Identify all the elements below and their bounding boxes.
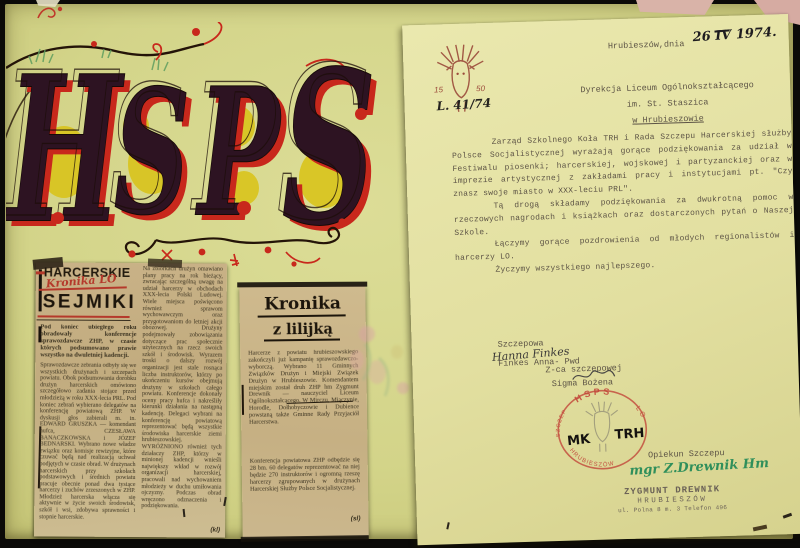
clipping-column-right: Na zbiórkach drużyn omawiano plany pracy… — [141, 266, 223, 525]
newspaper-clipping-sejmiki: HARCERSKIE Kronika LO SEJMIKI Pod koniec… — [34, 262, 227, 537]
rule — [37, 319, 131, 321]
svg-text:SZCZEP: SZCZEP — [555, 408, 569, 437]
clipping-credit: (kl) — [210, 527, 220, 534]
clipping-lead: Pod koniec ubiegłego roku obradowały kon… — [40, 324, 136, 359]
headline-underline — [264, 338, 340, 341]
red-doodle-icon — [34, 2, 68, 24]
stamp-marker-mk: MK — [567, 432, 592, 449]
clipping-credit: (sl) — [351, 515, 361, 522]
handwritten-date: 26 IV 1974. — [692, 25, 777, 45]
letter-s1-outline: S — [109, 48, 185, 248]
clipping-headline-line1: Kronika — [239, 293, 365, 315]
hsps-artwork: H S P S H S P S H S P S — [6, 22, 406, 284]
svg-text:HRUBIESZÓW: HRUBIESZÓW — [568, 446, 616, 469]
dark-edge — [237, 282, 367, 288]
stamp-marker-trh: TRH — [614, 426, 645, 443]
pen-mark — [242, 385, 244, 415]
caretaker-stamp: ZYGMUNT DREWNIK HRUBIESZÓW ul. Polna 8 m… — [587, 483, 758, 516]
ink-smudge — [783, 513, 792, 519]
stamp-text-left: SZCZEP — [555, 408, 569, 437]
headline-underline — [258, 314, 346, 317]
clipping-headline: SEJMIKI — [43, 291, 137, 314]
letter-paragraph-1: Zarząd Szkolnego Koła TRH i Rada Szczepu… — [452, 128, 794, 202]
round-stamp-icon: HSPS HRUBIESZÓW SZCZEP LO MK TRH — [553, 386, 651, 473]
stamp-text-top: HSPS — [573, 386, 614, 404]
emblem-number-right: 50 — [476, 84, 486, 93]
svg-text:HSPS: HSPS — [573, 386, 614, 404]
letter-p-outline: P — [190, 46, 277, 252]
red-underline — [38, 315, 130, 318]
hsps-lettering-icon: H S P S H S P S H S P S — [6, 22, 406, 284]
stamp-text-bottom: HRUBIESZÓW — [568, 446, 616, 469]
recipient-block: Dyrekcja Liceum Ogólnokształcącego im. S… — [542, 76, 793, 131]
dateline-label: Hrubieszów,dnia — [608, 39, 685, 51]
clipping-paragraph: Harcerze z powiatu hrubieszowskiego zako… — [248, 349, 359, 426]
dark-edge — [241, 535, 369, 542]
letter-s2-outline: S — [277, 22, 371, 267]
typed-letter: 15 50 L. 41/74 Hrubieszów,dnia 26 IV 197… — [402, 14, 800, 545]
letter-body: Zarząd Szkolnego Koła TRH i Rada Szczepu… — [452, 128, 796, 279]
letter-h-outline: H — [6, 27, 120, 262]
ink-tick — [446, 522, 449, 529]
clipping-column-left: Sprawozdawcze zebrania odbyły się we wsz… — [39, 362, 136, 531]
clipping-paragraph: Konferencja powiatowa ZHP odbędzie się 2… — [250, 457, 360, 493]
emblem-number-left: 15 — [434, 85, 444, 94]
